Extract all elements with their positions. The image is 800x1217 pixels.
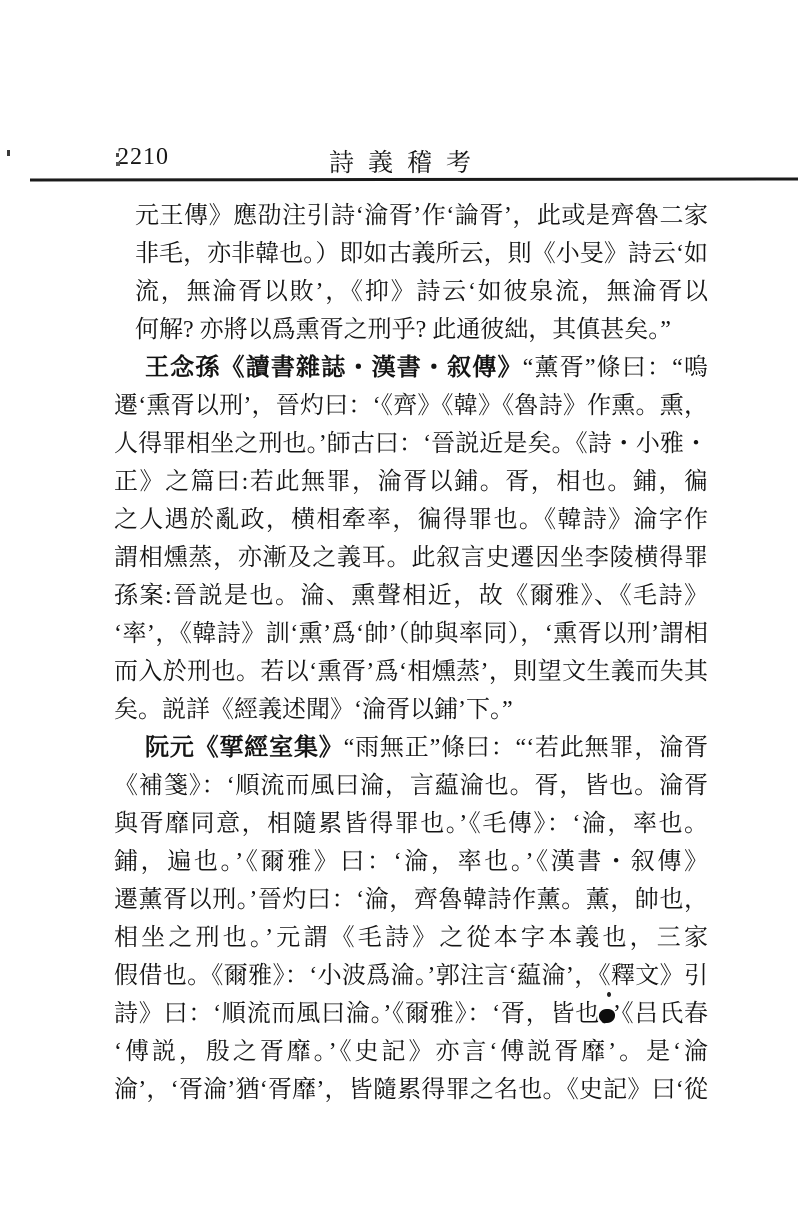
paragraph-lead-bold: 王念孫《讀書雜誌・漢書・叙傳》 [145, 355, 523, 381]
text-line: 阮元《揅經室集》“雨無正”條曰：“‘若此無罪，淪胥以鋪。’ [114, 729, 708, 767]
text-line: 元王傳》應劭注引詩‘淪胥’作‘論胥’，此或是齊魯二家説， [135, 197, 708, 235]
paragraph-ruan-yuan: 阮元《揅經室集》“雨無正”條曰：“‘若此無罪，淪胥以鋪。’ 《補箋》：‘順流而風… [114, 729, 708, 1109]
text-line: 人得罪相坐之刑也。’師古曰：‘晉説近是矣。《詩・小雅・雨無 [114, 425, 708, 463]
text-line: 遷‘熏胥以刑’，晉灼曰：‘《齊》《韓》《魯詩》作熏。熏，帥也，從 [114, 387, 708, 425]
scan-speck [7, 150, 10, 156]
text-line: 淪’，‘胥淪’猶‘胥靡’，皆隨累得罪之名也。《史記》曰‘從風而 [114, 1071, 708, 1109]
page-number: 2210 [117, 144, 169, 171]
header-divider-rule [30, 177, 798, 181]
page-body: 元王傳》應劭注引詩‘淪胥’作‘論胥’，此或是齊魯二家説， 非毛，亦非韓也。）即如… [114, 197, 708, 1109]
text-line: ‘傅説，殷之胥靡。’《史記》亦言‘傅説胥靡’。是‘淪胥’猶‘胥 [114, 1033, 708, 1071]
text-line: 之人遇於亂政，横相牽率，徧得罪也。《韓詩》淪字作熏。熏者， [114, 501, 708, 539]
text-line: 何解? 亦將以爲熏胥之刑乎? 此通彼絀，其傎甚矣。” [135, 311, 708, 349]
scan-speck [116, 162, 120, 166]
text-line: 矣。説詳《經義述聞》‘淪胥以鋪’下。” [114, 691, 708, 729]
quote-continuation-block: 元王傳》應劭注引詩‘淪胥’作‘論胥’，此或是齊魯二家説， 非毛，亦非韓也。）即如… [114, 197, 708, 349]
text-line: 相坐之刑也。’元謂《毛詩》之從本字本義也，三家之‘薰’，同韻 [114, 919, 708, 957]
paragraph-lead-bold: 阮元《揅經室集》 [145, 735, 344, 761]
text-line: 《補箋》：‘順流而風曰淪，言藴淪也。胥，皆也。淪胥猶曰胥淪， [114, 767, 708, 805]
scan-speck [116, 153, 119, 157]
text-line: 而入於刑也。若以‘熏胥’爲‘相燻蒸’，則望文生義而失其本旨 [114, 653, 708, 691]
text-line: 王念孫《讀書雜誌・漢書・叙傳》“薰胥”條曰：“嗚呼! 史 [114, 349, 708, 387]
text-line: 孫案:晉説是也。淪、熏聲相近，故《爾雅》、《毛詩》訓‘淪’爲 [114, 577, 708, 615]
text-line: 非毛，亦非韓也。）即如古義所云，則《小旻》詩云‘如彼泉 [135, 235, 708, 273]
text-line: 鋪，遍也。’《爾雅》曰：‘淪，率也。’《漢書・叙傳》曰：‘烏呼! 史 [114, 843, 708, 881]
book-page-scan: 2210 詩義稽考 元王傳》應劭注引詩‘淪胥’作‘論胥’，此或是齊魯二家説， 非… [0, 0, 800, 1217]
text-line: 謂相燻蒸，亦漸及之義耳。此叙言史遷因坐李陵横得罪也。’念 [114, 539, 708, 577]
text-line: 詩》曰：‘順流而風曰淪。’《爾雅》：‘胥，皆也。’《吕氏春秋》曰： [114, 995, 708, 1033]
paragraph-wang-niansun: 王念孫《讀書雜誌・漢書・叙傳》“薰胥”條曰：“嗚呼! 史 遷‘熏胥以刑’，晉灼曰… [114, 349, 708, 729]
text-line: ‘率’，《韓詩》訓‘熏’爲‘帥’（帥與率同），‘熏胥以刑’謂相率 [114, 615, 708, 653]
ink-dot-artifact [607, 992, 611, 997]
text-line: 正》之篇曰:若此無罪，淪胥以鋪。胥，相也。鋪，徧也。言無罪 [114, 463, 708, 501]
text-line: 與胥靡同意，相隨累皆得罪也。’《毛傳》：‘淪，率也。胥，相也。 [114, 805, 708, 843]
text-line: 流，無淪胥以敗’，《抑》詩云‘如彼泉流，無淪胥以亡’，又作 [135, 273, 708, 311]
running-title: 詩義稽考 [315, 143, 485, 179]
text-line: 遷薰胥以刑。’晉灼曰：‘淪，齊魯韓詩作薰。薰，帥也，從人得罪 [114, 881, 708, 919]
text-line: 假借也。《爾雅》：‘小波爲淪。’郭注言‘藴淪’，《釋文》引《韓 [114, 957, 708, 995]
